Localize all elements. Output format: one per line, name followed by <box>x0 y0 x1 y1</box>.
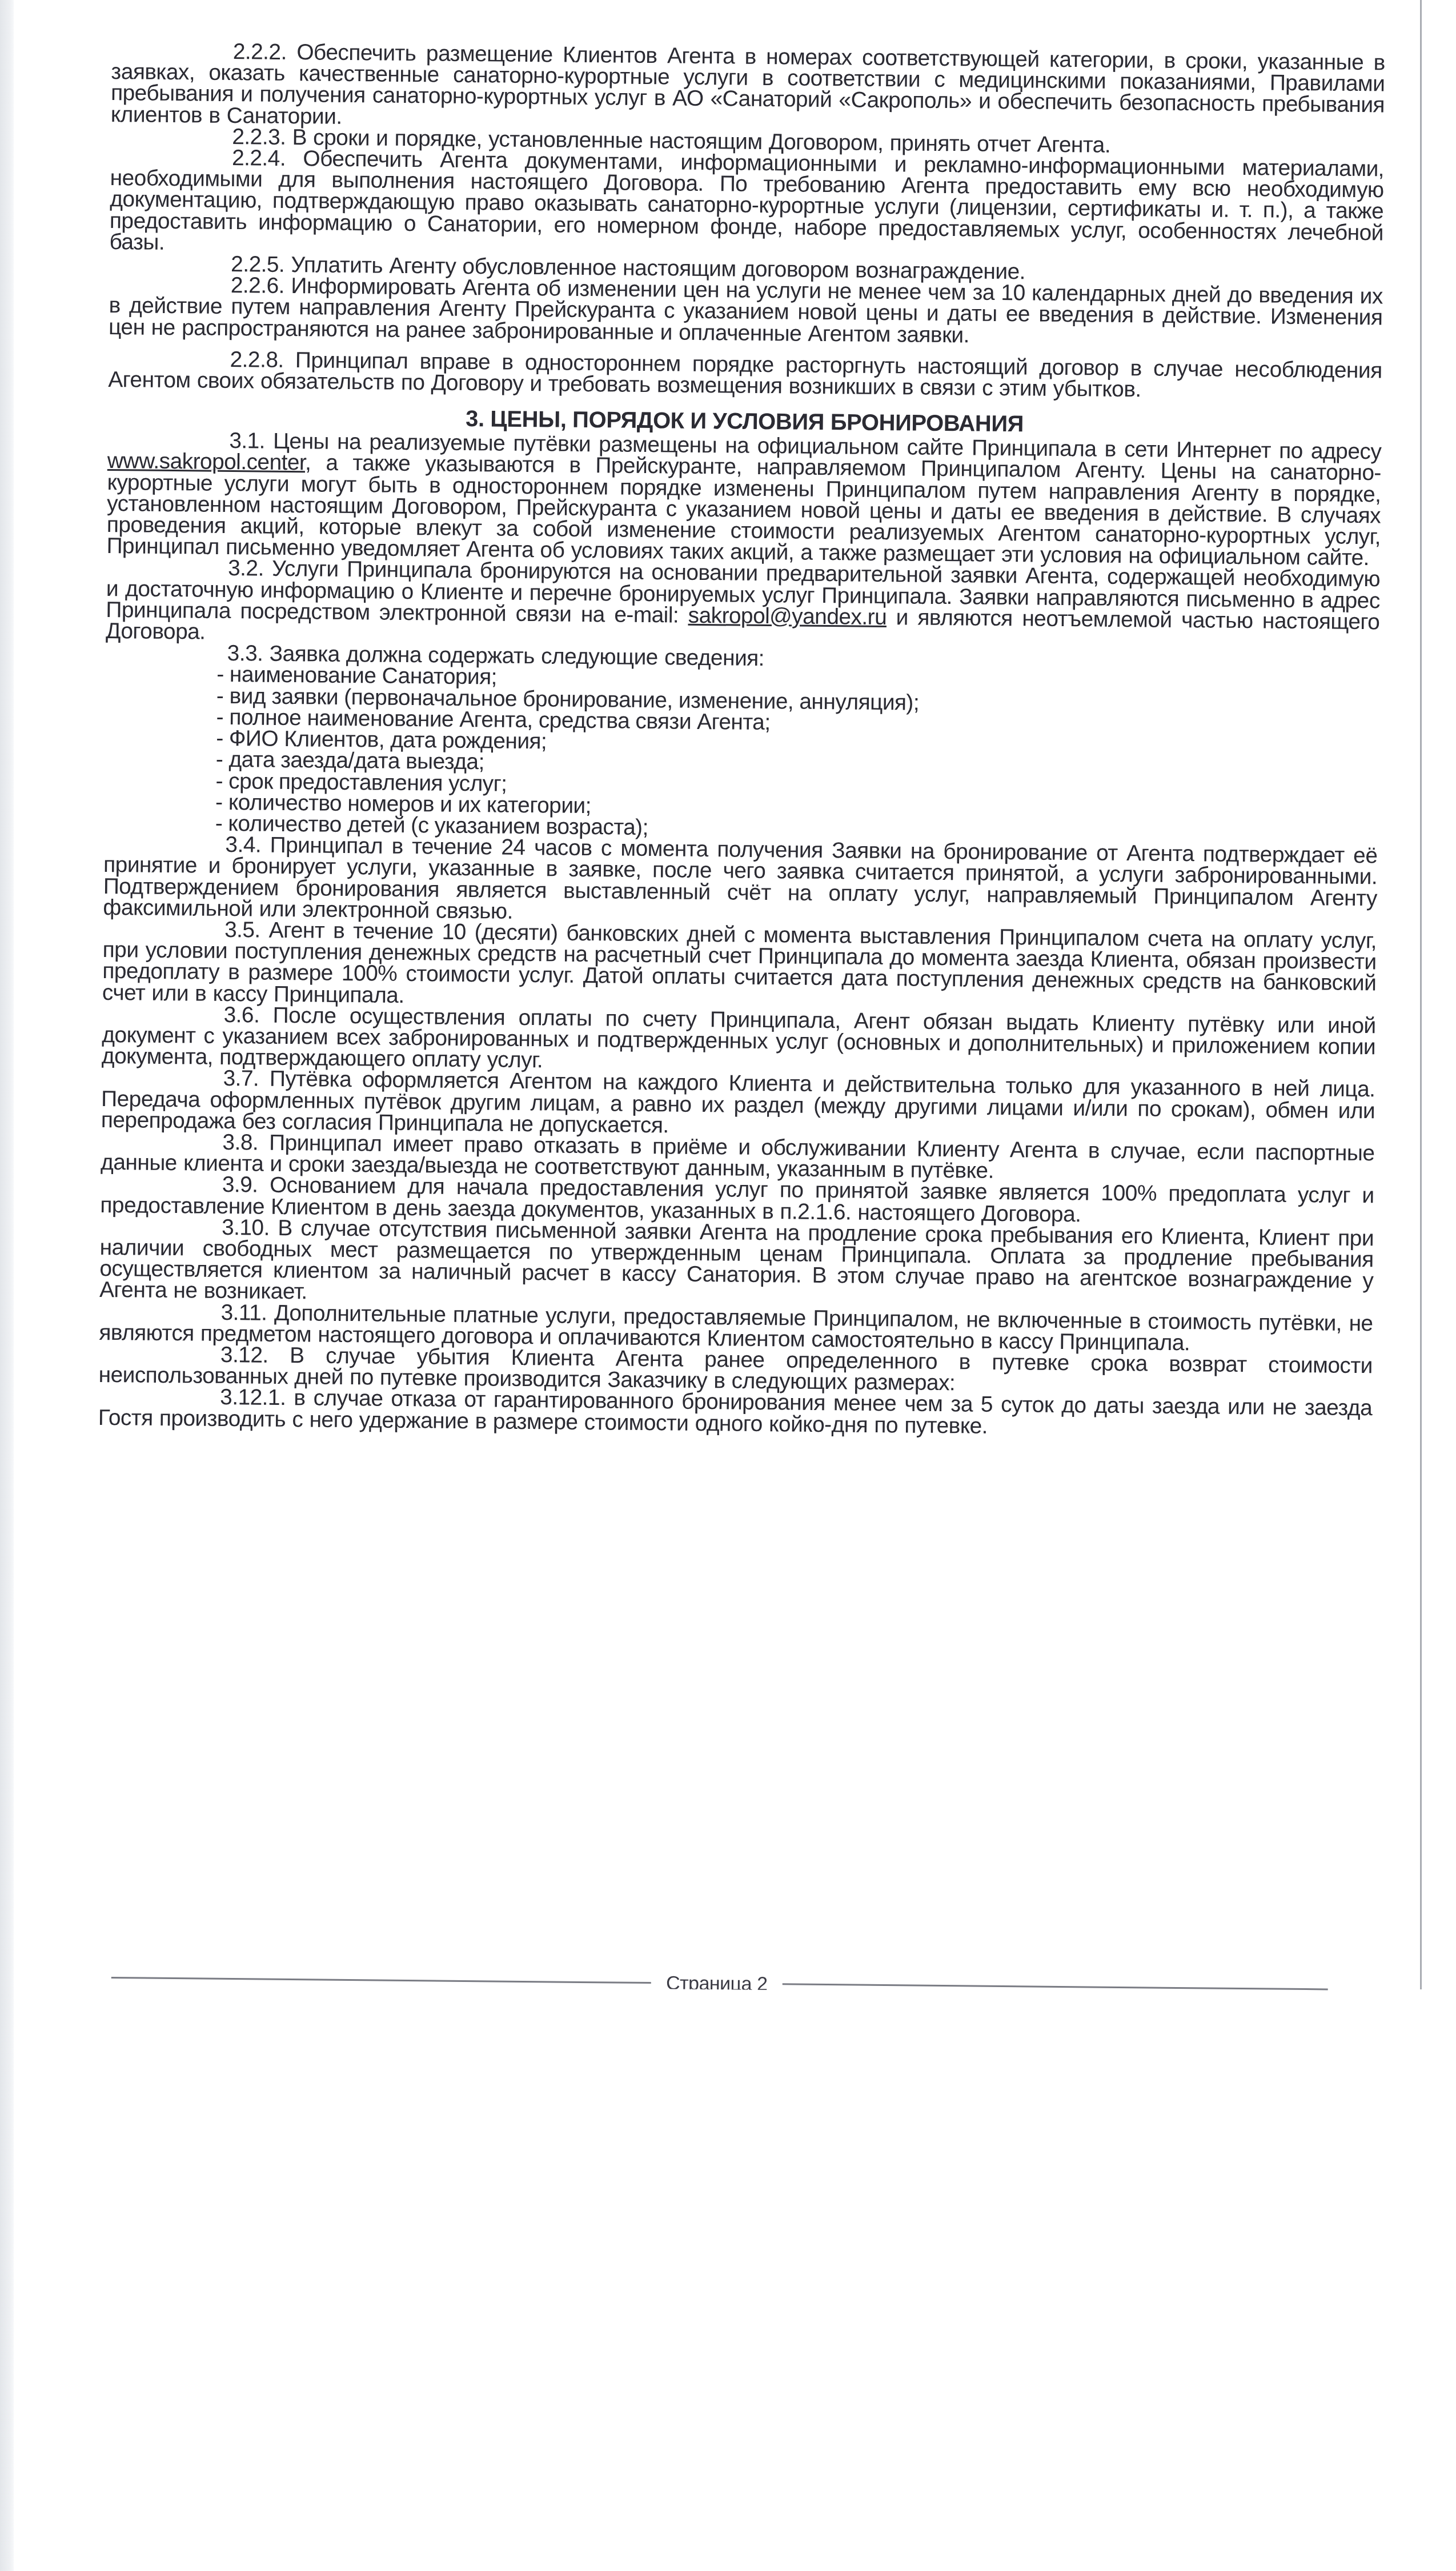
document-page: 2.2.2. Обеспечить размещение Клиентов Аг… <box>98 40 1385 1440</box>
scan-left-edge <box>0 0 14 2571</box>
clause-2-2-4: 2.2.4. Обеспечить Агента документами, ин… <box>109 146 1384 265</box>
clause-3-2: 3.2. Услуги Принципала бронируются на ос… <box>106 556 1380 654</box>
email-link[interactable]: sakropol@yandex.ru <box>688 603 887 630</box>
page-right-border <box>1420 0 1422 1989</box>
clause-3-3-list: наименование Санатория; вид заявки (перв… <box>104 663 1379 845</box>
clause-2-2-6: 2.2.6. Информировать Агента об изменении… <box>109 274 1383 350</box>
footer-rule-right <box>783 1983 1328 1990</box>
clause-2-2-2: 2.2.2. Обеспечить размещение Клиентов Аг… <box>111 40 1385 137</box>
clause-2-2-8: 2.2.8. Принципал вправе в одностороннем … <box>108 348 1382 403</box>
clause-3-4: 3.4. Принципал в течение 24 часов с моме… <box>103 833 1377 930</box>
clause-3-12-1: 3.12.1. в случае отказа от гарантированн… <box>98 1385 1373 1440</box>
clause-3-1: 3.1. Цены на реализуемые путёвки размеще… <box>106 429 1381 569</box>
page-number: Страница 2 <box>663 1971 771 1990</box>
clause-3-10: 3.10. В случае отсутствия письменной зая… <box>99 1216 1374 1313</box>
footer-rule-left <box>111 1977 651 1984</box>
clause-3-5: 3.5. Агент в течение 10 (десяти) банковс… <box>102 918 1377 1015</box>
page-footer: Страница 2 <box>111 1965 1328 2000</box>
